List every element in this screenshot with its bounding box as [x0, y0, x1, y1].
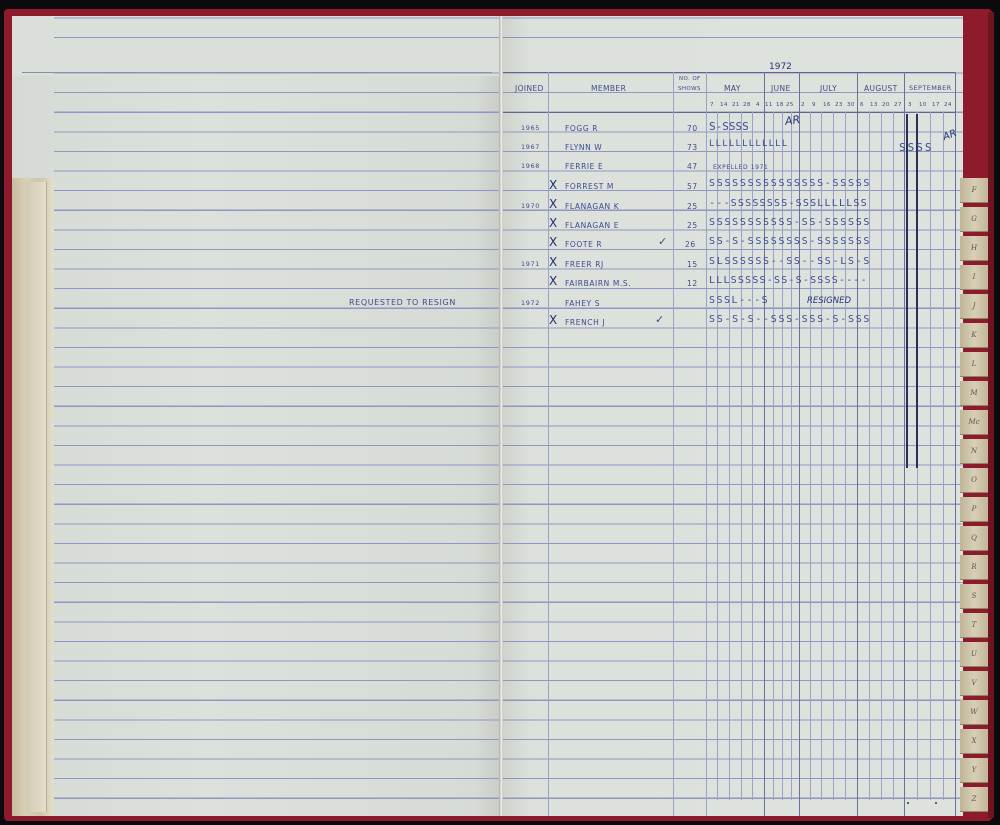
cross-mark: X — [549, 274, 557, 288]
date: 28 — [743, 102, 751, 108]
index-tab[interactable]: K — [960, 323, 988, 348]
date: 10 — [919, 102, 927, 108]
row-shows: 47 — [687, 162, 698, 171]
tick-mark: ✓ — [655, 313, 664, 326]
date: 18 — [776, 102, 784, 108]
tick-mark: ✓ — [658, 235, 667, 248]
left-page-ruling — [54, 16, 500, 816]
left-page-note: REQUESTED TO RESIGN — [349, 298, 456, 307]
row-shows: 15 — [687, 260, 698, 269]
month-july: JULY — [820, 84, 837, 93]
row-shows: 26 — [685, 240, 696, 249]
index-tab[interactable]: P — [960, 497, 988, 522]
row-member: FAHEY S — [565, 299, 600, 308]
row-attendance: SS-S-SSSSSSSS-SSSSSSS — [709, 236, 871, 247]
row-shows: 12 — [687, 279, 698, 288]
col-member-header: MEMBER — [591, 84, 626, 93]
index-tab[interactable]: H — [960, 236, 988, 261]
row-joined: 1967 — [521, 143, 540, 151]
row-attendance: SS-S-S--SSS-SSS-S-SSS — [709, 314, 871, 325]
index-tab[interactable]: G — [960, 207, 988, 232]
row-shows: 25 — [687, 202, 698, 211]
index-tab[interactable]: V — [960, 671, 988, 696]
row-member: FLANAGAN K — [565, 202, 619, 211]
date: 14 — [720, 102, 728, 108]
row-attendance: LLLLLLLLLLLL — [709, 139, 788, 149]
pen-line — [906, 114, 908, 468]
row-attendance: SSSSSSSSSSSSSSS-SSSSS — [709, 178, 871, 189]
row-joined: 1970 — [521, 202, 540, 210]
date: 7 — [710, 102, 714, 108]
index-tab[interactable]: T — [960, 613, 988, 638]
date: 3 — [908, 102, 912, 108]
index-tab[interactable]: X — [960, 729, 988, 754]
col-shows-header-1: NO. OF — [679, 76, 701, 82]
header-top-rule — [503, 72, 955, 73]
index-tab[interactable]: U — [960, 642, 988, 667]
row-member: FLYNN W — [565, 143, 602, 152]
pen-line — [916, 114, 918, 468]
row-member: FREER RJ — [565, 260, 604, 269]
row-joined: 1971 — [521, 260, 540, 268]
row-note: AR — [784, 113, 801, 128]
date: 20 — [882, 102, 890, 108]
row-attendance-tail: SSSS — [899, 141, 934, 154]
index-tab[interactable]: F — [960, 178, 988, 203]
row-shows: 70 — [687, 124, 698, 133]
row-member: FOOTE R — [565, 240, 602, 249]
row-joined: 1972 — [521, 299, 540, 307]
cross-mark: X — [549, 235, 557, 249]
index-tab[interactable]: Y — [960, 758, 988, 783]
date: 24 — [944, 102, 952, 108]
row-member: FERRIE E — [565, 162, 603, 171]
row-member: FRENCH J — [565, 318, 605, 327]
date: 16 — [823, 102, 831, 108]
index-tab[interactable]: S — [960, 584, 988, 609]
row-joined: 1968 — [521, 162, 540, 170]
index-tab[interactable]: Q — [960, 526, 988, 551]
month-june: JUNE — [771, 84, 791, 93]
index-tab[interactable]: M — [960, 381, 988, 406]
index-tab[interactable]: I — [960, 265, 988, 290]
date: 21 — [732, 102, 740, 108]
date: 6 — [860, 102, 864, 108]
row-attendance: SLSSSSSS--SS--SS-LS-S — [709, 256, 871, 267]
row-member: FAIRBAIRN M.S. — [565, 279, 631, 288]
cross-mark: X — [549, 216, 557, 230]
date: 2 — [801, 102, 805, 108]
index-tab[interactable]: J — [960, 294, 988, 319]
date: 27 — [894, 102, 902, 108]
index-tab[interactable]: Mc — [960, 410, 988, 435]
row-member: FORREST M — [565, 182, 614, 191]
date: 13 — [870, 102, 878, 108]
right-page: 1972 JOINED MEMBER NO. OF SHOWS MAY JUNE… — [503, 16, 963, 816]
left-page: REQUESTED TO RESIGN — [12, 16, 500, 816]
row-shows: 57 — [687, 182, 698, 191]
date: 30 — [847, 102, 855, 108]
row-member: FLANAGAN E — [565, 221, 619, 230]
date: 25 — [786, 102, 794, 108]
right-page-ruling — [503, 16, 963, 816]
row-attendance: S-SSSS — [709, 120, 749, 133]
row-member: FOGG R — [565, 124, 598, 133]
row-note: EXPELLED 1971 — [713, 164, 768, 171]
col-shows-header-2: SHOWS — [678, 86, 701, 92]
month-august: AUGUST — [864, 84, 898, 93]
cross-mark: X — [549, 313, 557, 327]
cross-mark: X — [549, 178, 557, 192]
date: 23 — [835, 102, 843, 108]
index-tab[interactable]: Z — [960, 787, 988, 812]
cross-mark: X — [549, 255, 557, 269]
date: 9 — [812, 102, 816, 108]
row-attendance: ---SSSSSSSS-SSSLLLLLSS — [709, 198, 868, 209]
index-tab[interactable]: R — [960, 555, 988, 580]
date: 4 — [756, 102, 760, 108]
alphabet-index-tabs: F G H I J K L M Mc N O P Q R S T U V W X… — [960, 172, 990, 818]
index-tab[interactable]: W — [960, 700, 988, 725]
index-tab[interactable]: L — [960, 352, 988, 377]
row-joined: 1965 — [521, 124, 540, 132]
row-attendance: SSSL---S — [709, 295, 769, 306]
row-attendance: LLLSSSSS-SS-S-SSSS---- — [709, 275, 868, 286]
date: 11 — [765, 102, 773, 108]
row-attendance: SSSSSSSSSSS-SS-SSSSSS — [709, 217, 871, 228]
row-shows: 73 — [687, 143, 698, 152]
month-september: SEPTEMBER — [909, 84, 952, 92]
date: 17 — [932, 102, 940, 108]
month-may: MAY — [724, 84, 741, 93]
cross-mark: X — [549, 197, 557, 211]
row-note: RESIGNED — [807, 296, 851, 306]
year-heading: 1972 — [769, 62, 792, 72]
index-tab[interactable]: N — [960, 439, 988, 464]
row-shows: 25 — [687, 221, 698, 230]
col-joined-header: JOINED — [515, 84, 544, 93]
torn-leaves — [12, 178, 54, 816]
index-tab[interactable]: O — [960, 468, 988, 493]
